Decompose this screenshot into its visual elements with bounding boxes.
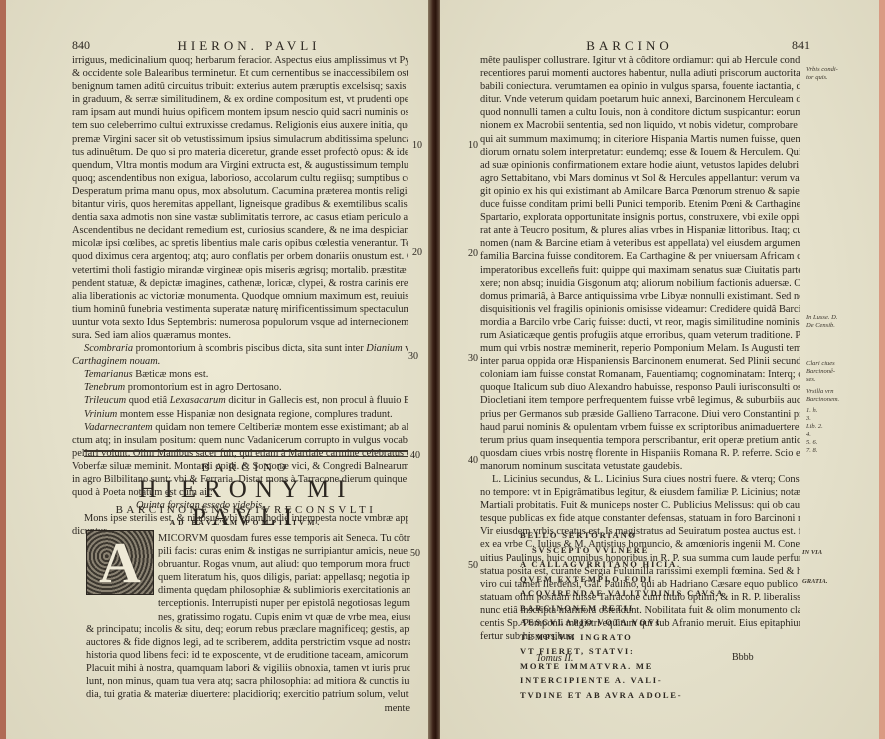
epitaph-line: BARCINONEM PETII <box>520 601 724 616</box>
text-line: Ascendentibus ne decidant remedium est, … <box>72 224 408 237</box>
text-line: inter parua oppida oræ Hispaniensis Barc… <box>480 355 800 368</box>
epitaph-inscription: BELLO SERTORIANO SVSCEPTO VVLNERE A CALL… <box>520 528 724 702</box>
entry-temarianus: Temarianus Bæticæ mons est. <box>72 368 408 381</box>
margin-note: Vrsilla vrn Barcinonem. <box>806 388 839 404</box>
text-line: mordia a Barcilo vrbe Cariç fuisse: duct… <box>480 316 800 329</box>
text-line: quendum, Vltra montis modum ara Virgini … <box>72 159 408 172</box>
text-line: domus primariâ, à Barce antiquissima vrb… <box>480 290 800 303</box>
line-number: 40 <box>468 455 478 466</box>
text-line: pendent statuæ, & depictæ imagines, cath… <box>72 277 408 290</box>
text-line: mum qui vrbis nostræ meminerit, reperio … <box>480 342 800 355</box>
section-rule <box>84 450 408 457</box>
text-line: babili coniectura. verumtamen ea opinio … <box>480 80 800 93</box>
text-line: Desperatum prima manu opus, mox absolutu… <box>72 185 408 198</box>
volume-label: Tomus II. <box>536 653 573 664</box>
text-line: tesque publicas ex fide atque constanter… <box>480 512 800 525</box>
text-line: diorum ornatu solem interpretatur: eunde… <box>480 146 800 159</box>
decorated-initial-icon: A <box>86 530 154 595</box>
text-line: nionem ex Macrobii sententia, sed non li… <box>480 119 800 132</box>
line-number: 30 <box>468 353 478 364</box>
text-line: mête paulisper collustrare. Igitur vt à … <box>480 54 800 67</box>
text-line: ditur. Vnde veterum quidam poetarum huic… <box>480 93 800 106</box>
text-line: agro Settabitano, vbi Mars dominus vt So… <box>480 172 800 185</box>
right-running-title: BARCINO <box>440 38 879 54</box>
line-number: 10 <box>468 140 478 151</box>
text-line: imperatoribus excelleñs fuit: quippe qui… <box>480 264 800 277</box>
section-heading-barcino: BARCINO <box>84 460 408 475</box>
book-spread: 840 HIERON. PAVLI irriguus, medicinalium… <box>0 0 885 739</box>
text-line: Martiali probitatis. Fuit & municeps nos… <box>480 499 800 512</box>
text-line: sura. Sed iam alios quæramus montes. <box>72 329 408 342</box>
text-line: rum Asiaticæque gentis profugiis atque e… <box>480 329 800 342</box>
text-line: in graduum, & serræ similitudinem, & ex … <box>72 93 408 106</box>
margin-note: 1. h. 3. Lib. 2. 4. 5. 6. 7. 8. <box>806 407 823 455</box>
text-line: recentiores parui momenti auctores haben… <box>480 67 800 80</box>
text-line: xere; non absq; inuidia Gisgonum atq; al… <box>480 277 800 290</box>
entry-vadarnecrantem: Vadarnecrantem quidam non temere Celtibe… <box>72 421 408 434</box>
text-line: prius per Germanos sub præside Gallieno … <box>480 408 800 421</box>
dedication-text-beside-initial: MICORVM quosdam fures esse temporis ait … <box>158 532 410 624</box>
text-line: quosdam ciues vrbis nostrę florente in H… <box>480 447 800 460</box>
text-line: quem literatum his, quos diligis, pariat… <box>158 571 410 584</box>
text-line: & principatu; incolis & situ, deq; eorum… <box>86 623 410 636</box>
text-line: quoq; ascendentibus non exigua, laborios… <box>72 172 408 185</box>
text-line: Diocletiani item tempore perfrequentem f… <box>480 394 800 407</box>
section-heading-subtitle: BARCINONENSIS IVRECONSVLTI <box>84 504 408 516</box>
text-line: tium hominû funebria vestimenta superatæ… <box>72 303 408 316</box>
text-line: dentia saxa admotis non sine vastæ subli… <box>72 211 408 224</box>
text-line: no tempore: vt in Epigrâmatibus legitur,… <box>480 486 800 499</box>
text-line: bitantur viris, quos heremitas appellant… <box>72 198 408 211</box>
text-line: ram ipsam aut mundi huius opificem monte… <box>72 106 408 119</box>
section-heading-dedication: AD PAVLVM POMPILIVM. <box>84 518 408 527</box>
dedication-text-full: & principatu; incolis & situ, deq; eorum… <box>86 623 410 715</box>
text-line: quod nonnulli tamen a cultu Iouis, non à… <box>480 106 800 119</box>
margin-note: Vrbis condi- tor quis. <box>806 66 838 82</box>
text-line: quod diximus cera argentoq; atq; auro co… <box>72 250 408 263</box>
text-line: micolæ ipsi cœlibes, ac spretis libentiu… <box>72 237 408 250</box>
epitaph-line: TVDINE ET AB AVRA ADOLE- <box>520 688 724 703</box>
text-line: tem suo celeberrimo cultui extruxisse cr… <box>72 119 408 132</box>
text-line: ad suæ opinionis confirmationem extare h… <box>480 159 800 172</box>
text-line: & occidente sole Balearibus terminetur. … <box>72 67 408 80</box>
text-line: familia Barcina fuisse conditorem. Ea Ca… <box>480 250 800 263</box>
epitaph-line: BELLO SERTORIANO <box>520 528 724 543</box>
text-line: git opinio ex his qui existimant ab Amil… <box>480 185 800 198</box>
text-line: rat ante à Teucro positum, & plures alia… <box>480 224 800 237</box>
line-number: 30 <box>408 351 418 362</box>
entry-scombraria: Scombraria promontorium à scombris pisci… <box>72 342 408 355</box>
text-line: terum prius quam insequentia tempora per… <box>480 434 800 447</box>
text-line: benignum tamen aditû circuitus tribuit: … <box>72 80 408 93</box>
line-number: 50 <box>468 560 478 571</box>
margin-note: In Lusse. D. De Censib. <box>806 314 837 330</box>
entry-trileucum: Trileucum quod etiâ Lexasacarum dicitur … <box>72 394 408 407</box>
left-page: 840 HIERON. PAVLI irriguus, medicinalium… <box>0 0 432 739</box>
text-line: pili facis: curas enim & instigas ne sur… <box>158 545 410 558</box>
text-line: irriguus, medicinalium quoq; herbarum fe… <box>72 54 408 67</box>
line-number: 50 <box>410 548 420 559</box>
margin-note-in-via: IN VIA <box>802 549 822 557</box>
margin-note-gratia: GRATIA. <box>802 578 827 586</box>
right-page: BARCINO 841 mête paulisper collustrare. … <box>440 0 885 739</box>
text-line: auctores & fide dignos legi, ad te scrib… <box>86 636 410 649</box>
text-line: Placuit mihi à nostra, quamquam labori &… <box>86 662 410 675</box>
entry-carthago: Carthaginem nouam. <box>72 355 408 368</box>
left-running-head: 840 HIERON. PAVLI <box>6 38 432 54</box>
text-line: vetertimi tholi fastigio mirandæ virgine… <box>72 264 408 277</box>
margin-note: Clari ciues Barcinonê- ses. <box>806 360 835 384</box>
right-folio: 841 <box>792 38 810 53</box>
text-line: nes, gratissimo rogatu. Cupis enim vt qu… <box>158 611 410 624</box>
epitaph-line: INTERCIPIENTE A. VALI- <box>520 673 724 688</box>
text-line: obruantur. Rogas vnum, aut aliud: quo te… <box>158 558 410 571</box>
text-line: manorum nominum suscitata vetustate gaud… <box>480 460 800 473</box>
epitaph-line: SVSCEPTO VVLNERE <box>520 543 724 558</box>
text-line: coloniam iam fuisse constat Romanam, Fau… <box>480 368 800 381</box>
text-line: terceptionis. Interrupisti nuper per epi… <box>158 597 410 610</box>
text-line: quoque Italicum sub diuo Alexandro habui… <box>480 381 800 394</box>
text-line: haud parui nominis & opulentam vrbem fui… <box>480 421 800 434</box>
line-number: 10 <box>412 140 422 151</box>
line-number: 40 <box>410 450 420 461</box>
text-line: duce fuisse conditam primi belli Punici … <box>480 198 800 211</box>
text-line: qui ait summum maximumq; in citeriore Hi… <box>480 133 800 146</box>
text-line: lunt, non minus, quam tua vera atq; sacr… <box>86 675 410 688</box>
text-line: premæ Virgini sacer sit ob vetustissimum… <box>72 133 408 146</box>
line-number: 20 <box>468 248 478 259</box>
text-line: L. Licinius secundus, & L. Licinius Sura… <box>480 473 800 486</box>
text-line: Spartario, explorata opportunitate insig… <box>480 211 800 224</box>
epitaph-line: AESCVLAPIO VOTA VOVI <box>520 615 724 630</box>
text-line: disquisitionis vel fragilis opinionis om… <box>480 303 800 316</box>
epitaph-line: TEMPLVM INGRATO <box>520 630 724 645</box>
catchword: mente <box>86 702 410 715</box>
text-line: tus adinuêtum. De quo si pro materia dic… <box>72 146 408 159</box>
entry-vrinium: Vrinium montem esse Hispaniæ non designa… <box>72 408 408 421</box>
text-line: uuntur vota sexto Idus Septembris: numer… <box>72 316 408 329</box>
text-line: historia quod libens feci: id te exposce… <box>86 649 410 662</box>
signature-mark: Bbbb <box>732 652 754 663</box>
epitaph-line: ACQVIRENDAE VALITVDINIS CAVSA <box>520 586 724 601</box>
epitaph-line: A CALLAGVRRITANO HICIA. <box>520 557 724 572</box>
epitaph-line: QVEM EXTEMPLO FODI <box>520 572 724 587</box>
line-number: 20 <box>412 247 422 258</box>
right-running-head: BARCINO 841 <box>440 38 879 54</box>
left-running-title: HIERON. PAVLI <box>6 38 432 54</box>
entry-tenebrum: Tenebrum promontorium est in agro Dertos… <box>72 381 408 394</box>
text-line: dia, tui gratia & materiæ diuertere: pla… <box>86 688 410 701</box>
text-line: MICORVM quosdam fures esse temporis ait … <box>158 532 410 545</box>
text-line: alia liberationis ac victoriæ monumenta.… <box>72 290 408 303</box>
text-line: dimenta quędam philosophiæ & sublimioris… <box>158 584 410 597</box>
text-line: nomen (nam & Barcine etiam à veteribus e… <box>480 237 800 250</box>
text-line: ctum atq; in insulam positum: quem nunc … <box>72 434 408 447</box>
